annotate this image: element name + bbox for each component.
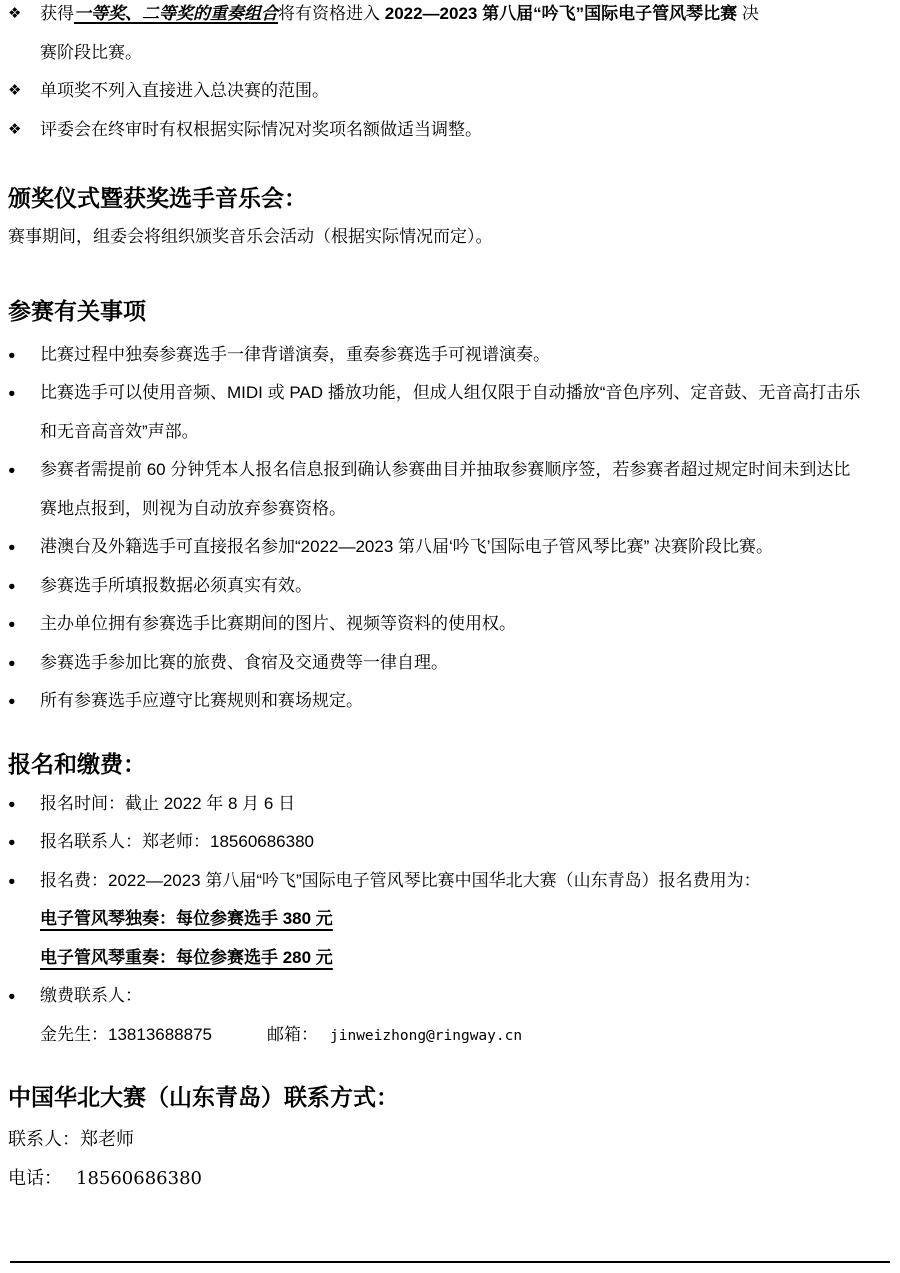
circle-bullet-icon: ● [8, 862, 16, 901]
text-run: 主办单位拥有参赛选手比赛期间的图片、视频等资料的使用权。 [40, 614, 516, 633]
text-run: 所有参赛选手应遵守比赛规则和赛场规定。 [40, 691, 363, 710]
bullet-item-media-rights: ●主办单位拥有参赛选手比赛期间的图片、视频等资料的使用权。 [8, 605, 890, 644]
footer-rule [10, 1261, 890, 1263]
bullet-item-obey-rules: ●所有参赛选手应遵守比赛规则和赛场规定。 [8, 682, 890, 721]
circle-bullet-icon: ● [8, 528, 16, 567]
text-run: 2022—2023 第八届“吟飞”国际电子管风琴比赛 [385, 4, 737, 23]
text-run: 金先生：13813688875 [40, 1025, 212, 1044]
bullet-item-single-award-rule: ❖单项奖不列入直接进入总决赛的范围。 [8, 72, 890, 111]
bullet-item-registration-contact: ●报名联系人：郑老师：18560686380 [8, 823, 890, 862]
text-run: 评委会在终审时有权根据实际情况对奖项名额做适当调整。 [40, 120, 482, 139]
text-run: 单项奖不列入直接进入总决赛的范围。 [40, 81, 329, 100]
bullet-item-registration-deadline: ●报名时间：截止 2022 年 8 月 6 日 [8, 785, 890, 824]
circle-bullet-icon: ● [8, 374, 16, 413]
circle-bullet-icon: ● [8, 644, 16, 683]
text-run: 联系人：郑老师 [8, 1129, 134, 1150]
text-run: 决 [737, 4, 759, 23]
fee-line-ensemble: 电子管风琴重奏：每位参赛选手 280 元 [8, 939, 890, 978]
bullet-item-memorized-performance: ●比赛过程中独奏参赛选手一律背谱演奏，重奏参赛选手可视谱演奏。 [8, 336, 890, 375]
text-run: 将有资格进入 [278, 4, 385, 23]
text-run: 报名时间：截止 2022 年 8 月 6 日 [40, 794, 295, 813]
payment-contact-line: 金先生：13813688875邮箱：jinweizhong@ringway.cn [8, 1016, 890, 1056]
circle-bullet-icon: ● [8, 682, 16, 721]
bullet-item-expenses-self-paid: ●参赛选手参加比赛的旅费、食宿及交通费等一律自理。 [8, 644, 890, 683]
text-run: 电子管风琴重奏：每位参赛选手 280 元 [40, 948, 333, 967]
section-heading-registration-payment: 报名和缴费： [8, 751, 890, 777]
text-run: 比赛选手可以使用音频、MIDI 或 PAD 播放功能，但成人组仅限于自动播放“音… [40, 383, 860, 402]
text-run: 邮箱： [267, 1025, 318, 1044]
text-run: 一等奖、二等奖的重奏组合 [74, 4, 278, 23]
text-run: 获得 [40, 4, 74, 23]
contact-phone-line: 电话：18560686380 [8, 1160, 890, 1199]
bullet-item-registration-fee: ●报名费：2022—2023 第八届“吟飞”国际电子管风琴比赛中国华北大赛（山东… [8, 862, 890, 901]
circle-bullet-icon: ● [8, 451, 16, 490]
text-run: 报名费：2022—2023 第八届“吟飞”国际电子管风琴比赛中国华北大赛（山东青… [40, 871, 761, 890]
circle-bullet-icon: ● [8, 977, 16, 1016]
diamond-bullet-icon: ❖ [8, 0, 21, 34]
text-run: 电子管风琴独奏：每位参赛选手 380 元 [40, 909, 333, 928]
fee-line-solo: 电子管风琴独奏：每位参赛选手 380 元 [8, 900, 890, 939]
text-run: 赛事期间，组委会将组织颁奖音乐会活动（根据实际情况而定）。 [8, 227, 493, 246]
section-heading-award-ceremony: 颁奖仪式暨获奖选手音乐会： [8, 185, 890, 211]
text-run: 电话： [8, 1168, 62, 1189]
text-run: 缴费联系人： [40, 986, 142, 1005]
document-page: ❖获得一等奖、二等奖的重奏组合将有资格进入 2022—2023 第八届“吟飞”国… [0, 0, 900, 1273]
circle-bullet-icon: ● [8, 823, 16, 862]
text-run: 报名联系人：郑老师：18560686380 [40, 832, 314, 851]
text-run: 比赛过程中独奏参赛选手一律背谱演奏，重奏参赛选手可视谱演奏。 [40, 345, 550, 364]
bullet-item-overseas-entry: ●港澳台及外籍选手可直接报名参加“2022—2023 第八届‘吟飞’国际电子管风… [8, 528, 890, 567]
circle-bullet-icon: ● [8, 785, 16, 824]
section-heading-participation-matters: 参赛有关事项 [8, 298, 890, 324]
bullet-item-finalist-qualification: ❖获得一等奖、二等奖的重奏组合将有资格进入 2022—2023 第八届“吟飞”国… [8, 0, 890, 34]
text-run: 参赛选手所填报数据必须真实有效。 [40, 576, 312, 595]
text-run: 港澳台及外籍选手可直接报名参加“2022—2023 第八届‘吟飞’国际电子管风琴… [40, 537, 773, 556]
text-run: 参赛选手参加比赛的旅费、食宿及交通费等一律自理。 [40, 653, 448, 672]
text-run: jinweizhong@ringway.cn [330, 1028, 522, 1044]
bullet-item-checkin-60min: ●参赛者需提前 60 分钟凭本人报名信息报到确认参赛曲目并抽取参赛顺序签，若参赛… [8, 451, 890, 490]
text-run: 参赛者需提前 60 分钟凭本人报名信息报到确认参赛曲目并抽取参赛顺序签，若参赛者… [40, 460, 850, 479]
bullet-item-jury-adjustment: ❖评委会在终审时有权根据实际情况对奖项名额做适当调整。 [8, 111, 890, 150]
bullet-item-playback-functions: 和无音高音效”声部。 [8, 413, 890, 452]
section-heading-north-china-contact: 中国华北大赛（山东青岛）联系方式： [8, 1084, 890, 1110]
diamond-bullet-icon: ❖ [8, 72, 21, 111]
bullet-item-data-validity: ●参赛选手所填报数据必须真实有效。 [8, 567, 890, 606]
circle-bullet-icon: ● [8, 336, 16, 375]
text-run: 和无音高音效”声部。 [40, 422, 199, 441]
circle-bullet-icon: ● [8, 605, 16, 644]
diamond-bullet-icon: ❖ [8, 111, 21, 150]
bullet-item-payment-contact: ●缴费联系人： [8, 977, 890, 1016]
bullet-item-checkin-60min: 赛地点报到，则视为自动放弃参赛资格。 [8, 490, 890, 529]
bullet-item-playback-functions: ●比赛选手可以使用音频、MIDI 或 PAD 播放功能，但成人组仅限于自动播放“… [8, 374, 890, 413]
paragraph-award-concert: 赛事期间，组委会将组织颁奖音乐会活动（根据实际情况而定）。 [8, 218, 890, 257]
text-run: 18560686380 [76, 1168, 202, 1189]
text-run: 赛地点报到，则视为自动放弃参赛资格。 [40, 499, 346, 518]
circle-bullet-icon: ● [8, 567, 16, 606]
text-run: 赛阶段比赛。 [40, 43, 142, 62]
contact-person-line: 联系人：郑老师 [8, 1121, 890, 1160]
bullet-item-finalist-qualification: 赛阶段比赛。 [8, 34, 890, 73]
